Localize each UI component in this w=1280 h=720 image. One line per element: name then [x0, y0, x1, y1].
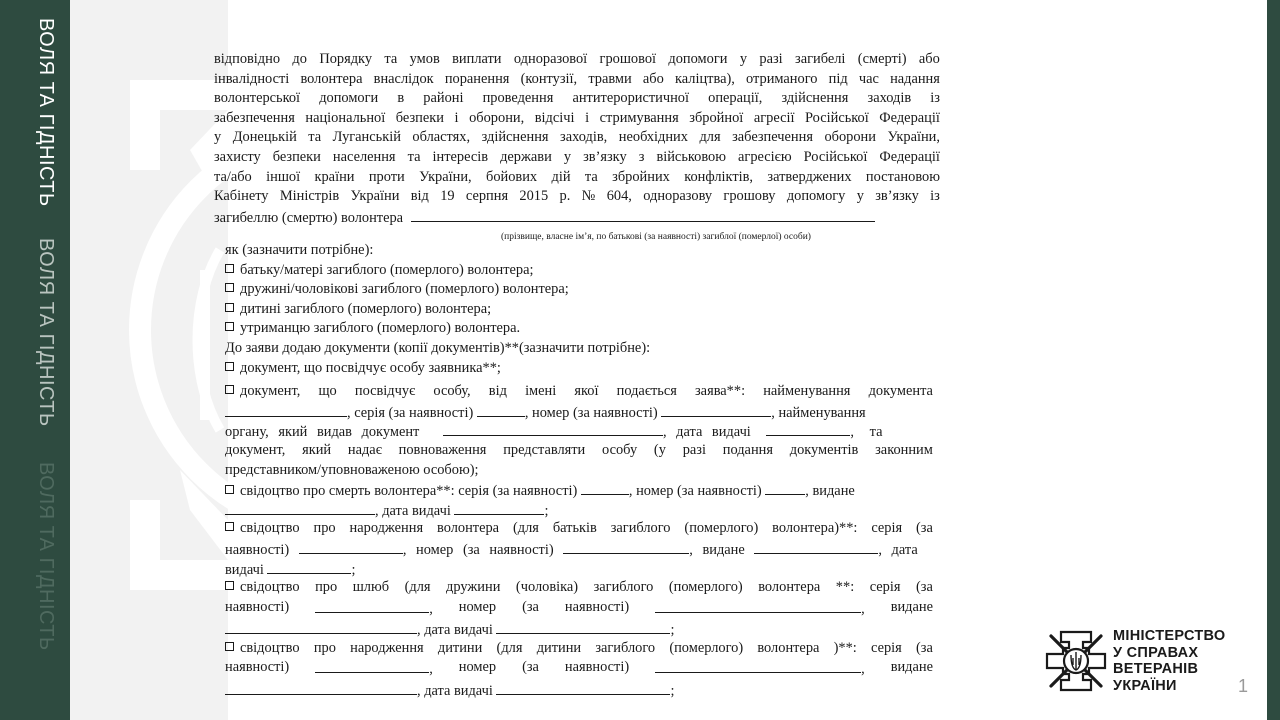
application-form: відповіднодоПорядкутаумоввиплатиодноразо… — [214, 50, 940, 226]
brand-sidebar: ВОЛЯ ТА ГІДНІСТЬ ВОЛЯ ТА ГІДНІСТЬ ВОЛЯ Т… — [0, 0, 70, 720]
emblem-watermark-icon — [70, 0, 228, 720]
ministry-name: МІНІСТЕРСТВО У СПРАВАХ ВЕТЕРАНІВ УКРАЇНИ — [1113, 628, 1226, 694]
number-field[interactable] — [655, 658, 861, 673]
emblem-watermark-panel — [70, 0, 228, 720]
recipient-option[interactable]: дружині/чоловікові загиблого (померлого)… — [225, 280, 933, 300]
ministry-logo: МІНІСТЕРСТВО У СПРАВАХ ВЕТЕРАНІВ УКРАЇНИ — [1043, 628, 1233, 696]
volunteer-name-field[interactable] — [411, 207, 875, 222]
brand-right-strip — [1267, 0, 1280, 720]
recipient-option[interactable]: утриманцю загиблого (померлого) волонтер… — [225, 319, 933, 339]
series-field[interactable] — [299, 539, 403, 554]
recipient-option[interactable]: дитині загиблого (померлого) волонтера; — [225, 300, 933, 320]
checkbox[interactable] — [225, 581, 234, 590]
checkbox[interactable] — [225, 264, 234, 273]
document-option-represented-id[interactable]: документ, що посвідчує особу, від імені … — [225, 382, 933, 402]
issued-by-field[interactable] — [225, 500, 375, 515]
intro-line: інвалідностіволонтеравнаслідокпоранення(… — [214, 70, 940, 90]
intro-line: захистубезпекинаселеннятаінтересівдержав… — [214, 148, 940, 168]
volunteer-name-line: загибеллю (смертю) волонтера — [214, 207, 940, 227]
intro-line: та/абоіншоїкраїнипротиУкраїни,бойовихдій… — [214, 168, 940, 188]
checkbox[interactable] — [225, 522, 234, 531]
issue-date-field[interactable] — [496, 680, 670, 695]
page-number: 1 — [1238, 676, 1248, 697]
issued-by-field[interactable] — [225, 619, 417, 634]
number-field[interactable] — [661, 402, 771, 417]
issued-by-field[interactable] — [225, 680, 417, 695]
series-field[interactable] — [315, 658, 429, 673]
intro-line: волонтерськоїдопомогиврайоніпроведенняан… — [214, 89, 940, 109]
intro-line: відповіднодоПорядкутаумоввиплатиодноразо… — [214, 50, 940, 70]
document-option-volunteer-birth-certificate[interactable]: свідоцтво про народження волонтера (для … — [225, 519, 933, 539]
document-option-applicant-id[interactable]: документ, що посвідчує особу заявника**; — [225, 359, 933, 379]
document-option-child-birth-certificate[interactable]: свідоцтво про народження дитини (для дит… — [225, 639, 933, 659]
number-field[interactable] — [563, 539, 689, 554]
intro-line: КабінетуМіністрівУкраїнивід19серпня2015р… — [214, 187, 940, 207]
issue-date-field[interactable] — [454, 500, 544, 515]
issue-date-field[interactable] — [267, 559, 351, 574]
intro-line: забезпеченнянаціональноїбезпекиіоборони,… — [214, 109, 940, 129]
as-label: як (зазначити потрібне): — [225, 241, 933, 261]
motto-text: ВОЛЯ ТА ГІДНІСТЬ — [34, 462, 57, 651]
checkbox[interactable] — [225, 283, 234, 292]
number-field[interactable] — [765, 480, 805, 495]
checkbox[interactable] — [225, 642, 234, 651]
checkbox[interactable] — [225, 303, 234, 312]
recipient-option[interactable]: батьку/матері загиблого (померлого) воло… — [225, 261, 933, 281]
series-field[interactable] — [581, 480, 629, 495]
checkbox[interactable] — [225, 485, 234, 494]
document-option-death-certificate[interactable]: свідоцтво про смерть волонтера**: серія … — [225, 480, 933, 500]
document-name-field[interactable] — [225, 402, 347, 417]
checkbox[interactable] — [225, 362, 234, 371]
intro-line: уДонецькійтаЛуганськійобластях,здійсненн… — [214, 128, 940, 148]
number-field[interactable] — [655, 598, 861, 613]
issue-date-field[interactable] — [766, 421, 850, 436]
motto-text: ВОЛЯ ТА ГІДНІСТЬ — [34, 238, 57, 427]
ministry-emblem-icon — [1043, 628, 1109, 694]
series-field[interactable] — [315, 598, 429, 613]
issuing-organ-field[interactable] — [443, 421, 663, 436]
motto-text: ВОЛЯ ТА ГІДНІСТЬ — [34, 18, 57, 207]
checkbox[interactable] — [225, 385, 234, 394]
document-option-marriage-certificate[interactable]: свідоцтво про шлюб (для дружини (чоловік… — [225, 578, 933, 598]
checkbox[interactable] — [225, 322, 234, 331]
issue-date-field[interactable] — [496, 619, 670, 634]
volunteer-line-label: загибеллю (смертю) волонтера — [214, 210, 403, 226]
issued-by-field[interactable] — [754, 539, 878, 554]
documents-label: До заяви додаю документи (копії документ… — [225, 339, 933, 359]
series-field[interactable] — [477, 402, 525, 417]
recipient-and-documents: як (зазначити потрібне): батьку/матері з… — [225, 241, 933, 700]
